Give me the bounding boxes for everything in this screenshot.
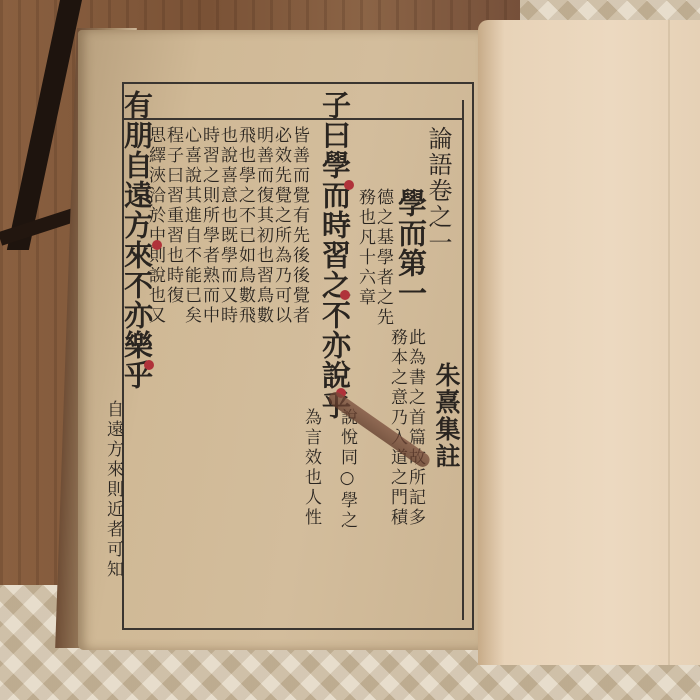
commentary-col: 自遠方來則近者可知 [104, 400, 121, 580]
page-crease [668, 20, 670, 665]
commentary-col: 程子曰習重習也時復 [164, 126, 181, 306]
red-punctuation-mark [144, 360, 154, 370]
red-punctuation-mark [152, 240, 162, 250]
chapter-note-4: 務也凡十六章 [356, 188, 373, 308]
volume-title: 論語卷之一 [426, 126, 450, 256]
commentary-col: 也說喜意也既學而又時 [218, 126, 235, 326]
commentary-col: 心喜說其進自不能已矣 [182, 126, 199, 326]
print-frame-header-line [122, 118, 462, 120]
print-frame-inner-line [462, 100, 464, 620]
commentary-col: 皆善而覺有先後後覺者 [290, 126, 307, 326]
main-text-line-1: 子曰學而時習之不亦說乎 [320, 90, 349, 420]
chapter-note-3: 德之基學者之先 [374, 188, 391, 328]
chapter-note-1: 此為書之首篇故所記多 [406, 328, 423, 618]
red-punctuation-mark [340, 290, 350, 300]
chapter-heading: 學而第一 [396, 188, 425, 308]
commentary-col: 說悅同○學之 [338, 408, 355, 531]
commentary-col: 時習之則所學者熟而中 [200, 126, 217, 326]
commentary-col: 明善而復其初也習鳥數 [254, 126, 271, 326]
commentary-col: 飛也學之不已如鳥數飛 [236, 126, 253, 326]
main-text-line-2: 有朋自遠方來不亦樂乎 [122, 90, 151, 390]
chapter-note-2: 務本之意乃入道之門積 [388, 328, 405, 618]
commentator-signature: 朱熹集註 [434, 362, 459, 470]
right-page [478, 20, 700, 665]
commentary-col: 為言效也人性 [302, 408, 319, 528]
red-punctuation-mark [344, 180, 354, 190]
commentary-col: 必效先覺之所為乃可以 [272, 126, 289, 326]
